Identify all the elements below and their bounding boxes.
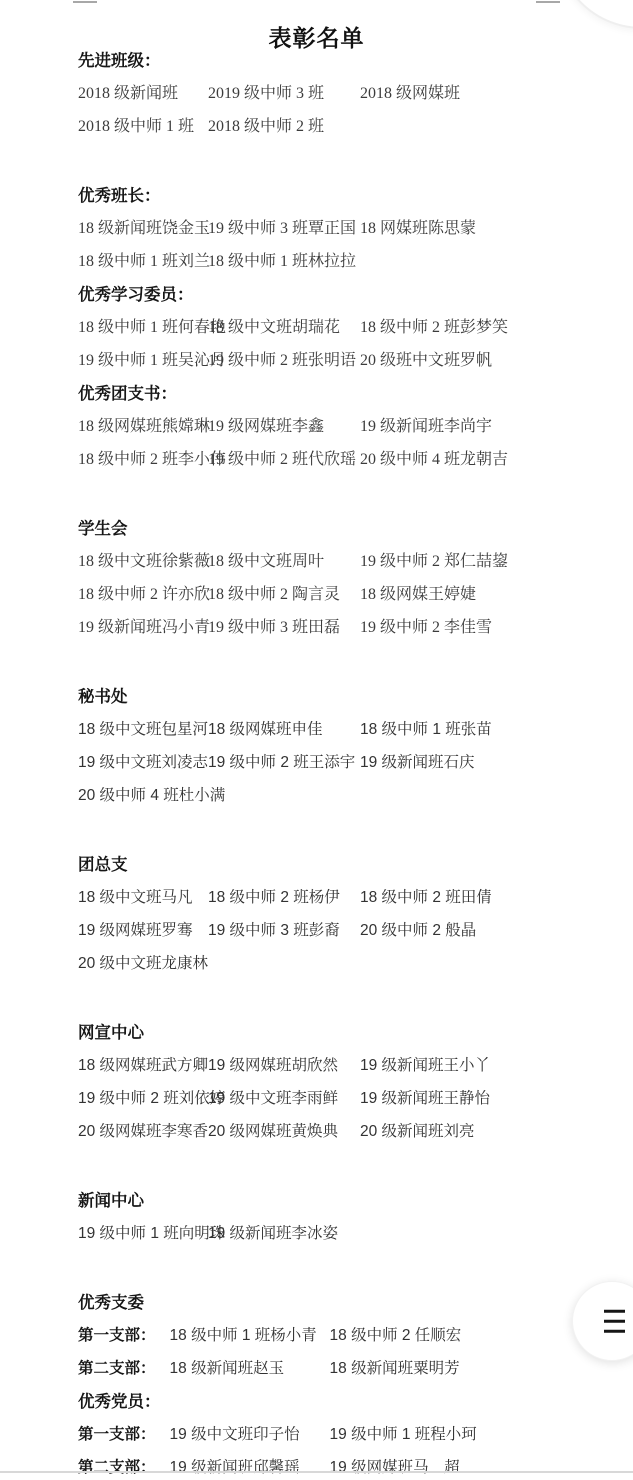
- list-row: 18 级中师 2 许亦欣18 级中师 2 陶言灵18 级网媒王婷婕: [78, 576, 617, 609]
- list-row: 18 级中师 1 班刘兰18 级中师 1 班林拉拉: [78, 243, 617, 276]
- list-item: 20 级中文班龙康林: [78, 951, 208, 973]
- list-item: 20 级中师 4 班杜小满: [78, 783, 208, 805]
- list-row: 18 级中师 2 班李小伟19 级中师 2 班代欣瑶20 级中师 4 班龙朝吉: [78, 441, 617, 474]
- section-2: 优秀学习委员：18 级中师 1 班何春艳18 级中文班胡瑞花18 级中师 2 班…: [78, 276, 617, 375]
- section-10: 优秀党员：第一支部：19 级中文班印子怡19 级中师 1 班程小珂第二支部：19…: [78, 1383, 617, 1480]
- list-row: 第二支部：19 级新闻班邱馨瑶19 级网媒班马 超: [78, 1449, 617, 1480]
- list-item: 20 级中师 2 般晶: [360, 918, 617, 940]
- section-5: 秘书处18 级中文班包星河18 级网媒班申佳18 级中师 1 班张苗19 级中文…: [78, 678, 617, 810]
- list-item: 18 级新闻班粟明芳: [330, 1356, 460, 1378]
- list-row: 19 级新闻班冯小青19 级中师 3 班田磊19 级中师 2 李佳雪: [78, 609, 617, 642]
- list-item: 18 级中文班周叶: [208, 548, 360, 571]
- list-item: 18 级中文班徐紫薇: [78, 548, 208, 571]
- row-label: 第一支部：: [78, 1422, 156, 1444]
- section-7: 网宣中心18 级网媒班武方卿19 级网媒班胡欣然19 级新闻班王小丫19 级中师…: [78, 1014, 617, 1146]
- list-item: 20 级班中文班罗帆: [360, 347, 617, 370]
- list-item: 18 级中师 1 班林拉拉: [208, 248, 360, 271]
- list-item: 19 级新闻班邱馨瑶: [170, 1455, 330, 1477]
- section-4: 学生会18 级中文班徐紫薇18 级中文班周叶19 级中师 2 郑仁喆鋆18 级中…: [78, 510, 617, 642]
- list-row: 19 级中师 1 班吴沁月19 级中师 2 班张明语20 级班中文班罗帆: [78, 342, 617, 375]
- list-item: 18 级中师 2 任顺宏: [330, 1323, 462, 1345]
- list-item: 18 级网媒王婷婕: [360, 581, 617, 604]
- section-heading: 优秀党员：: [78, 1383, 617, 1416]
- list-item: 19 级网媒班罗骞: [78, 918, 208, 940]
- list-item: 19 级新闻班冯小青: [78, 614, 208, 637]
- row-label: 第一支部：: [78, 1323, 156, 1345]
- list-item: 19 级中师 2 班刘依婷: [78, 1086, 208, 1108]
- list-item: 20 级新闻班刘亮: [360, 1119, 617, 1141]
- list-item: 19 级新闻班王小丫: [360, 1053, 617, 1075]
- list-row: 18 级中文班马凡18 级中师 2 班杨伊18 级中师 2 班田倩: [78, 879, 617, 912]
- hamburger-icon: [604, 1303, 625, 1340]
- section-1: 优秀班长：18 级新闻班饶金玉19 级中师 3 班覃正国18 网媒班陈思蒙18 …: [78, 177, 617, 276]
- section-heading: 优秀班长：: [78, 177, 617, 210]
- section-9: 优秀支委第一支部：18 级中师 1 班杨小青18 级中师 2 任顺宏第二支部：1…: [78, 1284, 617, 1383]
- list-row: 2018 级新闻班2019 级中师 3 班2018 级网媒班: [78, 75, 617, 108]
- section-3: 优秀团支书：18 级网媒班熊嫦琳19 级网媒班李鑫19 级新闻班李尚宇18 级中…: [78, 375, 617, 474]
- list-item: 18 级中师 2 陶言灵: [208, 581, 360, 604]
- row-label: 第二支部：: [78, 1455, 156, 1477]
- list-item: 19 级中师 1 班吴沁月: [78, 347, 208, 370]
- list-item: 18 级中师 1 班刘兰: [78, 248, 208, 271]
- list-row: 18 级中文班包星河18 级网媒班申佳18 级中师 1 班张苗: [78, 711, 617, 744]
- list-item: 18 级中师 1 班杨小青: [170, 1323, 330, 1345]
- list-item: 2018 级网媒班: [360, 80, 617, 103]
- section-heading: 优秀支委: [78, 1284, 617, 1317]
- list-item: 18 级中师 2 班田倩: [360, 885, 617, 907]
- list-item: 19 级中文班李雨鲜: [208, 1086, 360, 1108]
- list-row: 2018 级中师 1 班2018 级中师 2 班: [78, 108, 617, 141]
- list-item: 18 级新闻班赵玉: [170, 1356, 330, 1378]
- list-item: 19 级中文班刘凌志: [78, 750, 208, 772]
- list-item: 18 级中师 2 班彭梦笑: [360, 314, 617, 337]
- list-item: 18 级中师 2 班杨伊: [208, 885, 360, 907]
- list-row: 19 级中文班刘凌志19 级中师 2 班王添宇19 级新闻班石庆: [78, 744, 617, 777]
- list-item: 19 级中文班印子怡: [170, 1422, 330, 1444]
- list-item: 19 级新闻班王静怡: [360, 1086, 617, 1108]
- section-heading: 学生会: [78, 510, 617, 543]
- list-item: 19 级中师 2 班张明语: [208, 347, 360, 370]
- list-row: 18 级中文班徐紫薇18 级中文班周叶19 级中师 2 郑仁喆鋆: [78, 543, 617, 576]
- list-item: 19 级中师 3 班田磊: [208, 614, 360, 637]
- list-item: 19 级中师 1 班向明珠: [78, 1221, 208, 1243]
- list-item: 19 级中师 3 班彭裔: [208, 918, 360, 940]
- section-heading: 新闻中心: [78, 1182, 617, 1215]
- list-item: 19 级中师 2 班王添宇: [208, 750, 360, 772]
- list-item: 2018 级中师 2 班: [208, 113, 360, 136]
- section-heading: 团总支: [78, 846, 617, 879]
- list-row: 18 级网媒班熊嫦琳19 级网媒班李鑫19 级新闻班李尚宇: [78, 408, 617, 441]
- sections: 先进班级：2018 级新闻班2019 级中师 3 班2018 级网媒班2018 …: [78, 42, 617, 1480]
- list-item: 20 级中师 4 班龙朝吉: [360, 446, 617, 469]
- page-edge-mark-left: [73, 1, 97, 3]
- list-item: 18 级网媒班申佳: [208, 717, 360, 739]
- page-edge-mark-right: [536, 1, 560, 3]
- list-row: 20 级中文班龙康林: [78, 945, 617, 978]
- list-item: 18 级中文班马凡: [78, 885, 208, 907]
- list-row: 18 级网媒班武方卿19 级网媒班胡欣然19 级新闻班王小丫: [78, 1047, 617, 1080]
- list-item: 18 级中师 1 班张苗: [360, 717, 617, 739]
- list-item: 20 级网媒班李寒香: [78, 1119, 208, 1141]
- section-heading: 优秀学习委员：: [78, 276, 617, 309]
- section-8: 新闻中心19 级中师 1 班向明珠19 级新闻班李冰姿: [78, 1182, 617, 1248]
- list-item: 19 级新闻班李冰姿: [208, 1221, 360, 1243]
- list-row: 20 级网媒班李寒香20 级网媒班黄焕典20 级新闻班刘亮: [78, 1113, 617, 1146]
- list-row: 19 级中师 1 班向明珠19 级新闻班李冰姿: [78, 1215, 617, 1248]
- section-heading: 秘书处: [78, 678, 617, 711]
- list-item: 18 级中师 2 班李小伟: [78, 446, 208, 469]
- list-row: 第二支部：18 级新闻班赵玉18 级新闻班粟明芳: [78, 1350, 617, 1383]
- section-0: 先进班级：2018 级新闻班2019 级中师 3 班2018 级网媒班2018 …: [78, 42, 617, 141]
- page-bottom-divider: [0, 1471, 633, 1473]
- section-6: 团总支18 级中文班马凡18 级中师 2 班杨伊18 级中师 2 班田倩19 级…: [78, 846, 617, 978]
- list-item: 2018 级中师 1 班: [78, 113, 208, 136]
- list-item: 18 级中师 1 班何春艳: [78, 314, 208, 337]
- list-item: 19 级网媒班胡欣然: [208, 1053, 360, 1075]
- list-row: 19 级网媒班罗骞19 级中师 3 班彭裔20 级中师 2 般晶: [78, 912, 617, 945]
- list-item: 19 级新闻班李尚宇: [360, 413, 617, 436]
- list-row: 第一支部：18 级中师 1 班杨小青18 级中师 2 任顺宏: [78, 1317, 617, 1350]
- list-item: 19 级中师 3 班覃正国: [208, 215, 360, 238]
- list-item: 2018 级新闻班: [78, 80, 208, 103]
- list-item: 19 级中师 1 班程小珂: [330, 1422, 477, 1444]
- section-heading: 先进班级：: [78, 42, 617, 75]
- list-item: 18 网媒班陈思蒙: [360, 215, 617, 238]
- list-row: 第一支部：19 级中文班印子怡19 级中师 1 班程小珂: [78, 1416, 617, 1449]
- list-item: 20 级网媒班黄焕典: [208, 1119, 360, 1141]
- list-item: 2019 级中师 3 班: [208, 80, 360, 103]
- list-item: 18 级中师 2 许亦欣: [78, 581, 208, 604]
- list-item: 19 级中师 2 班代欣瑶: [208, 446, 360, 469]
- list-row: 18 级中师 1 班何春艳18 级中文班胡瑞花18 级中师 2 班彭梦笑: [78, 309, 617, 342]
- list-item: 18 级中文班胡瑞花: [208, 314, 360, 337]
- list-item: 19 级中师 2 郑仁喆鋆: [360, 548, 617, 571]
- list-item: 19 级新闻班石庆: [360, 750, 617, 772]
- list-item: 19 级网媒班李鑫: [208, 413, 360, 436]
- section-heading: 网宣中心: [78, 1014, 617, 1047]
- row-label: 第二支部：: [78, 1356, 156, 1378]
- list-item: 18 级网媒班武方卿: [78, 1053, 208, 1075]
- list-item: 19 级中师 2 李佳雪: [360, 614, 617, 637]
- list-item: 18 级中文班包星河: [78, 717, 208, 739]
- list-item: 19 级网媒班马 超: [330, 1455, 460, 1477]
- list-row: 18 级新闻班饶金玉19 级中师 3 班覃正国18 网媒班陈思蒙: [78, 210, 617, 243]
- list-row: 20 级中师 4 班杜小满: [78, 777, 617, 810]
- list-item: 18 级网媒班熊嫦琳: [78, 413, 208, 436]
- section-heading: 优秀团支书：: [78, 375, 617, 408]
- list-row: 19 级中师 2 班刘依婷19 级中文班李雨鲜19 级新闻班王静怡: [78, 1080, 617, 1113]
- list-item: 18 级新闻班饶金玉: [78, 215, 208, 238]
